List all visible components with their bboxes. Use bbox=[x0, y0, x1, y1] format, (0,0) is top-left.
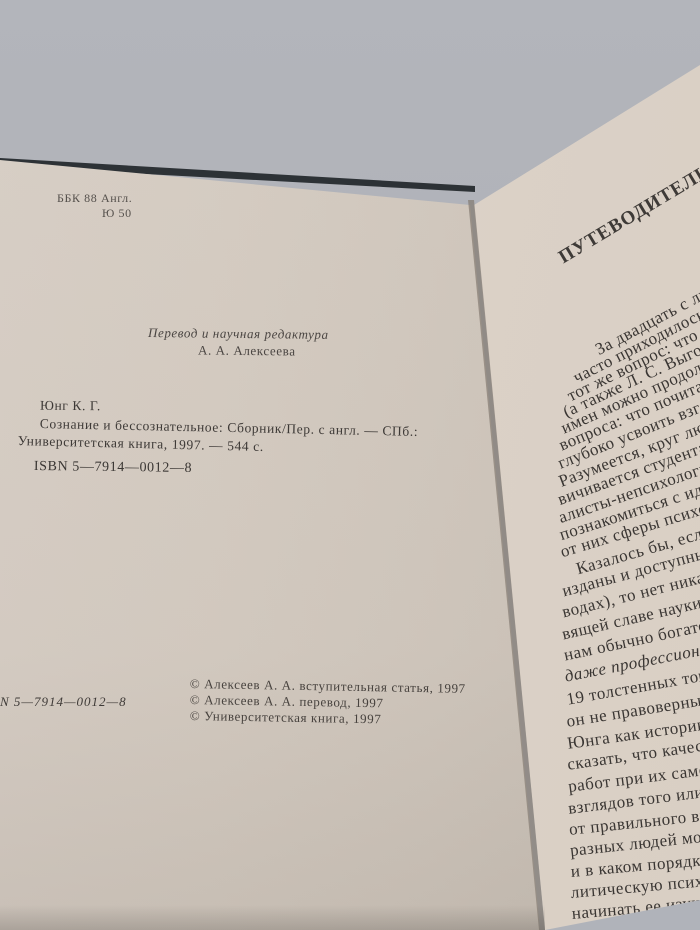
isbn-footer: N 5—7914—0012—8 bbox=[0, 694, 127, 710]
translator-name: А. А. Алексеева bbox=[198, 342, 296, 359]
udc-code: Ю 50 bbox=[102, 206, 132, 221]
isbn-main: ISBN 5—7914—0012—8 bbox=[34, 459, 192, 477]
page-bottom-shadow bbox=[0, 905, 545, 930]
bbk-code: ББК 88 Англ. bbox=[57, 191, 132, 206]
translation-credit: Перевод и научная редактура bbox=[148, 325, 329, 343]
copyright-publisher: © Университетская книга, 1997 bbox=[190, 708, 382, 727]
book-photo: ББК 88 Англ. Ю 50 Перевод и научная реда… bbox=[0, 0, 700, 930]
author-name: Юнг К. Г. bbox=[40, 398, 101, 415]
chapter-heading: ПУТЕВОДИТЕЛЬ П bbox=[555, 150, 700, 269]
